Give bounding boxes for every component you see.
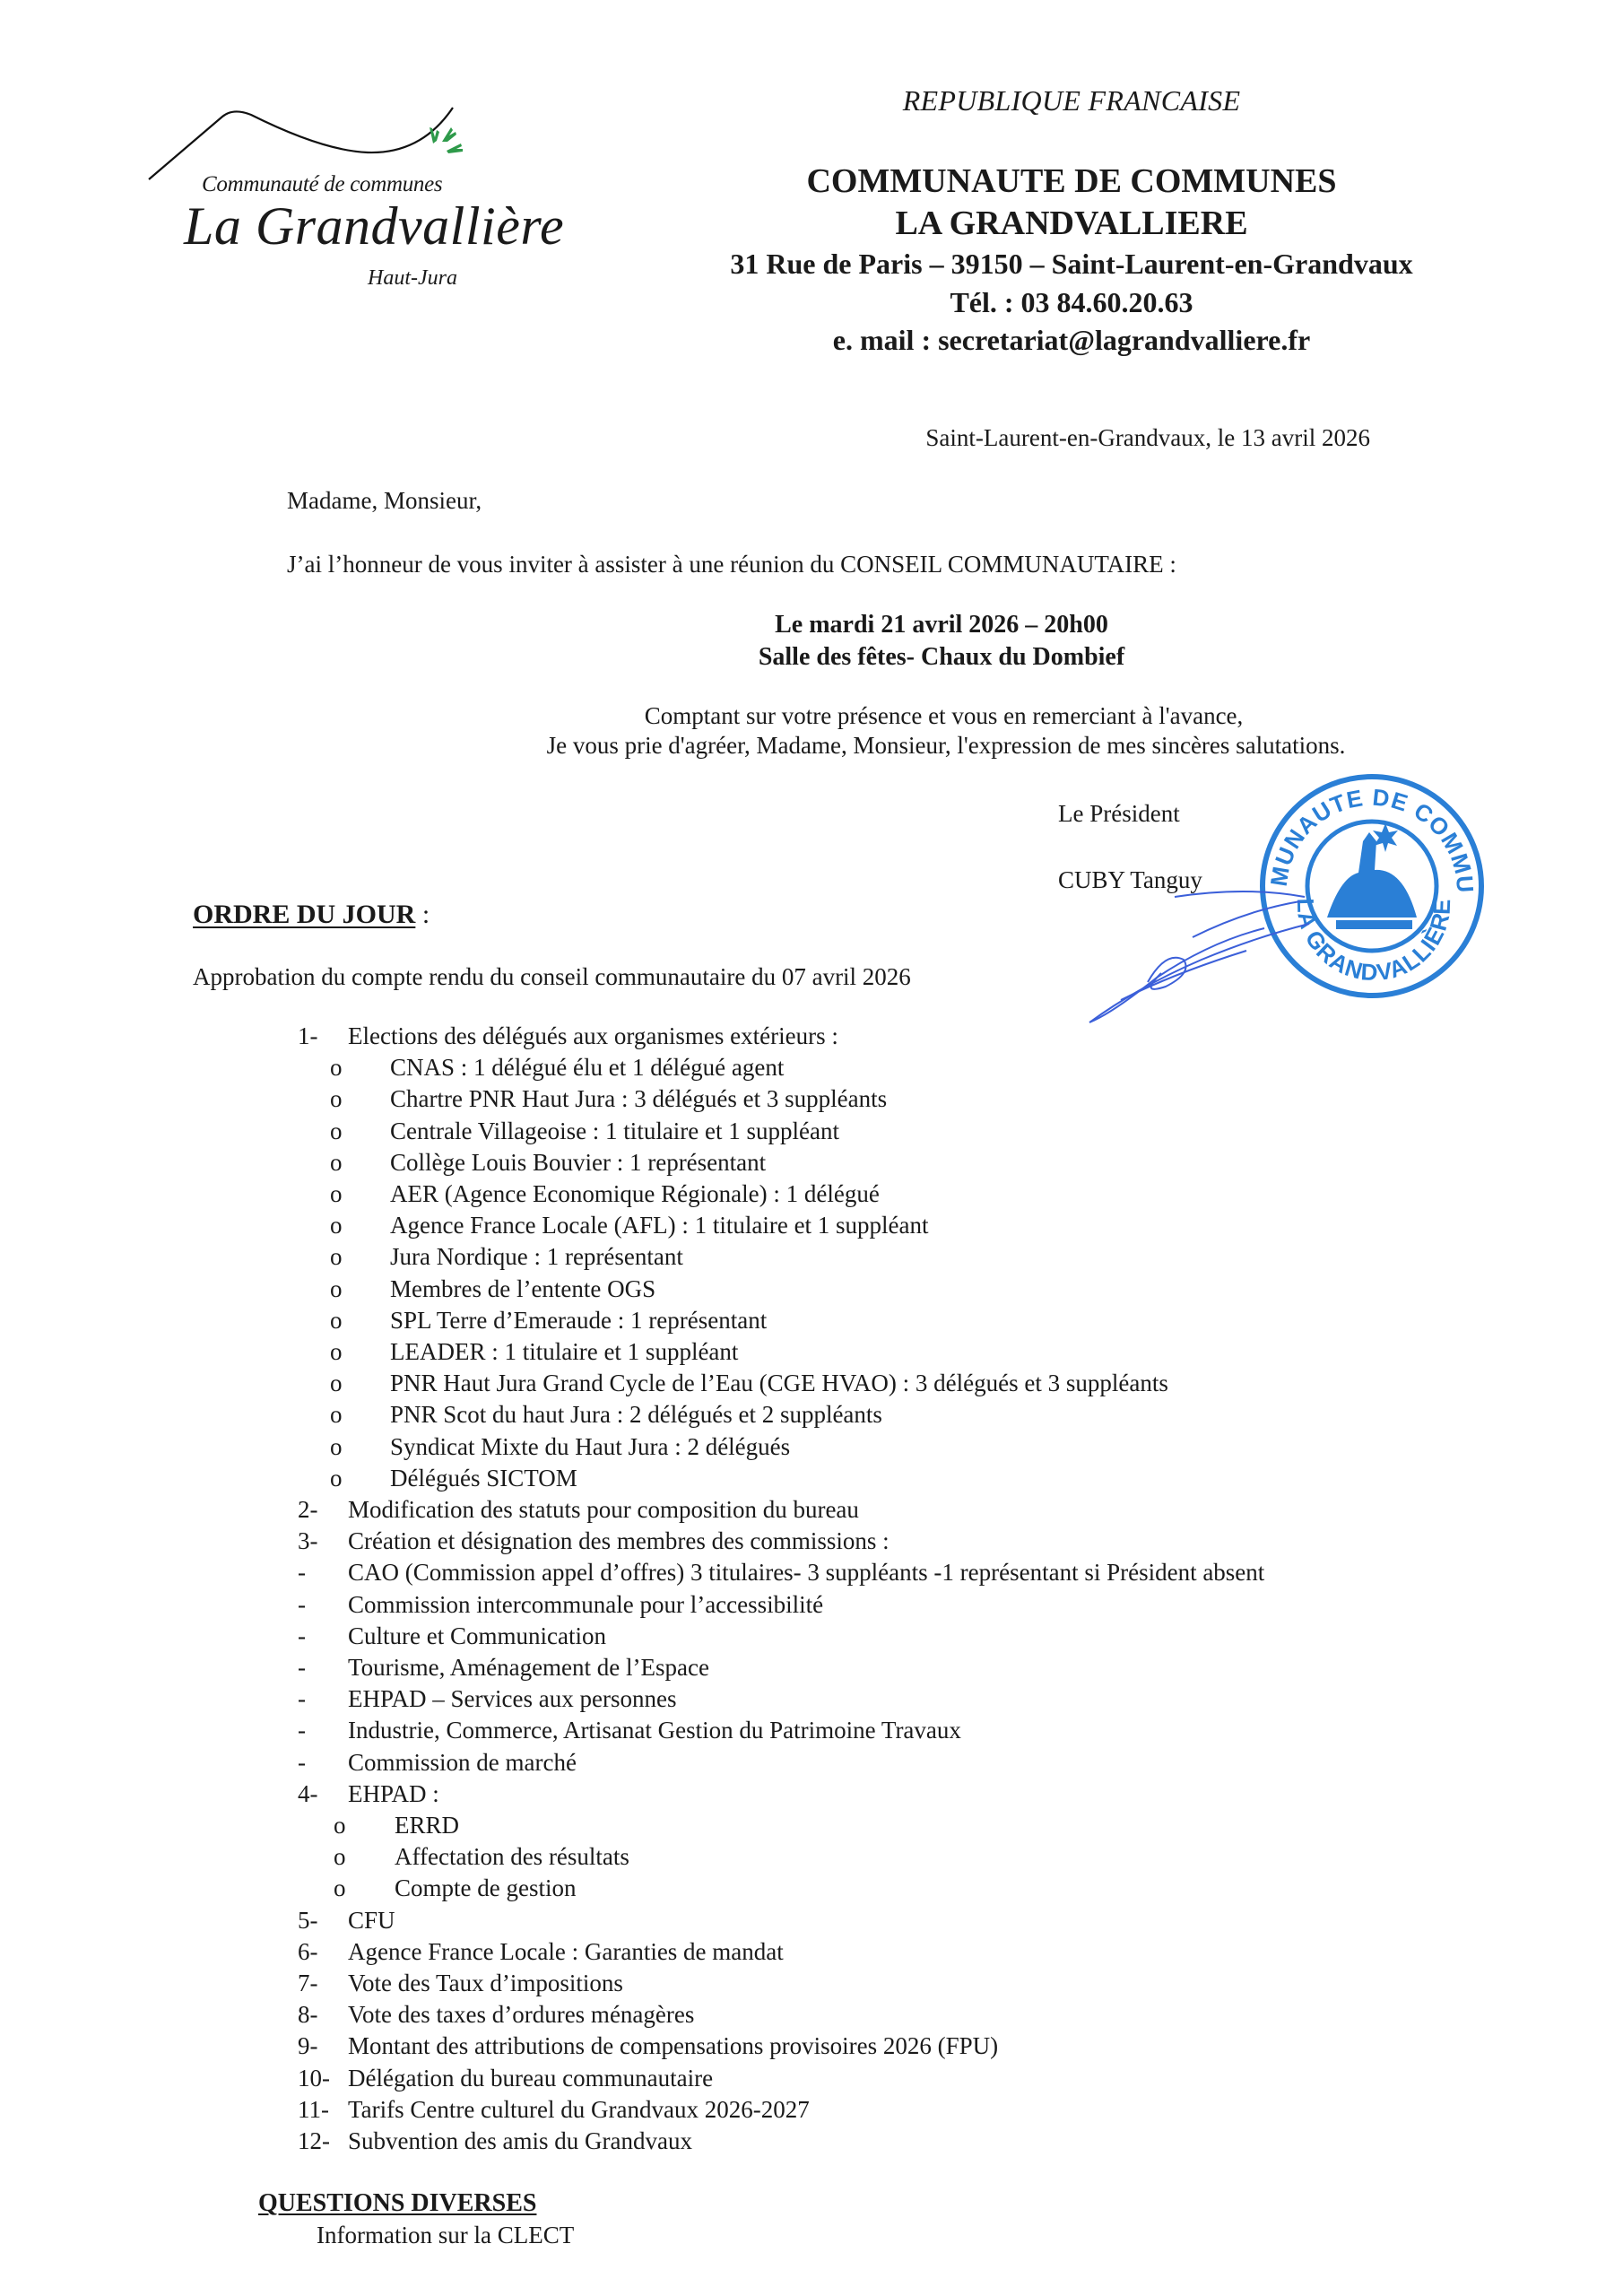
agenda-item-label: Modification des statuts pour compositio… bbox=[348, 1496, 859, 1524]
agenda-item-label: PNR Haut Jura Grand Cycle de l’Eau (CGE … bbox=[390, 1370, 1168, 1397]
organization-address: 31 Rue de Paris – 39150 – Saint-Laurent-… bbox=[681, 248, 1462, 281]
agenda-item-marker: 9- bbox=[298, 2032, 318, 2060]
agenda-item-marker: - bbox=[298, 1591, 306, 1619]
agenda-item-label: ERRD bbox=[395, 1812, 459, 1839]
agenda-item-marker: 2- bbox=[298, 1496, 318, 1524]
agenda-item-marker: - bbox=[298, 1749, 306, 1777]
agenda-item-marker: - bbox=[298, 1622, 306, 1650]
logo-region: Haut-Jura bbox=[368, 266, 457, 291]
bullet-icon: o bbox=[334, 1874, 346, 1902]
closing-line-2: Je vous prie d'agréer, Madame, Monsieur,… bbox=[0, 732, 1623, 760]
agenda-title-text: ORDRE DU JOUR bbox=[193, 900, 415, 929]
agenda-item-label: SPL Terre d’Emeraude : 1 représentant bbox=[390, 1307, 767, 1335]
bullet-icon: o bbox=[330, 1085, 343, 1113]
organization-name-line1: COMMUNAUTE DE COMMUNES bbox=[681, 161, 1462, 201]
agenda-item-label: Membres de l’entente OGS bbox=[390, 1275, 655, 1303]
agenda-item-label: Centrale Villageoise : 1 titulaire et 1 … bbox=[390, 1118, 839, 1145]
agenda-item-label: Vote des taxes d’ordures ménagères bbox=[348, 2001, 694, 2029]
agenda-item-marker: - bbox=[298, 1717, 306, 1744]
bullet-icon: o bbox=[334, 1843, 346, 1871]
questions-title: QUESTIONS DIVERSES bbox=[258, 2189, 536, 2218]
agenda-item-label: Montant des attributions de compensation… bbox=[348, 2032, 998, 2060]
bullet-icon: o bbox=[330, 1180, 343, 1208]
agenda-item-marker: 3- bbox=[298, 1527, 318, 1555]
bullet-icon: o bbox=[330, 1307, 343, 1335]
logo-subtitle: Communauté de communes bbox=[202, 172, 442, 197]
agenda-item-marker: 11- bbox=[298, 2096, 329, 2124]
agenda-item-marker: 4- bbox=[298, 1780, 318, 1808]
agenda-item-marker: 1- bbox=[298, 1022, 318, 1050]
agenda-item-label: CNAS : 1 délégué élu et 1 délégué agent bbox=[390, 1054, 784, 1082]
agenda-item-label: Subvention des amis du Grandvaux bbox=[348, 2127, 692, 2155]
bullet-icon: o bbox=[334, 1812, 346, 1839]
agenda-item-marker: - bbox=[298, 1559, 306, 1587]
republic-heading: REPUBLIQUE FRANCAISE bbox=[681, 84, 1462, 117]
organization-phone: Tél. : 03 84.60.20.63 bbox=[681, 286, 1462, 319]
bullet-icon: o bbox=[330, 1401, 343, 1429]
agenda-item-label: Création et désignation des membres des … bbox=[348, 1527, 890, 1555]
agenda-item-label: Tarifs Centre culturel du Grandvaux 2026… bbox=[348, 2096, 810, 2124]
closing-line-1: Comptant sur votre présence et vous en r… bbox=[0, 702, 1623, 730]
agenda-item-label: Collège Louis Bouvier : 1 représentant bbox=[390, 1149, 766, 1177]
bullet-icon: o bbox=[330, 1149, 343, 1177]
salutation: Madame, Monsieur, bbox=[287, 487, 482, 515]
agenda-item-label: Industrie, Commerce, Artisanat Gestion d… bbox=[348, 1717, 961, 1744]
agenda-item-marker: 7- bbox=[298, 1970, 318, 1997]
bullet-icon: o bbox=[330, 1465, 343, 1492]
bullet-icon: o bbox=[330, 1433, 343, 1461]
meeting-place: Salle des fêtes- Chaux du Dombief bbox=[0, 643, 1623, 672]
agenda-item-label: Délégués SICTOM bbox=[390, 1465, 577, 1492]
agenda-item-label: LEADER : 1 titulaire et 1 suppléant bbox=[390, 1338, 738, 1366]
agenda-item-label: Syndicat Mixte du Haut Jura : 2 délégués bbox=[390, 1433, 790, 1461]
agenda-item-label: Commission de marché bbox=[348, 1749, 577, 1777]
agenda-item-label: Agence France Locale (AFL) : 1 titulaire… bbox=[390, 1212, 929, 1239]
questions-item: Information sur la CLECT bbox=[317, 2222, 574, 2249]
invitation-text: J’ai l’honneur de vous inviter à assiste… bbox=[287, 551, 1176, 578]
agenda-item-marker: 10- bbox=[298, 2065, 330, 2092]
agenda-item-marker: 8- bbox=[298, 2001, 318, 2029]
bullet-icon: o bbox=[330, 1338, 343, 1366]
meeting-date: Le mardi 21 avril 2026 – 20h00 bbox=[0, 611, 1623, 639]
bullet-icon: o bbox=[330, 1370, 343, 1397]
agenda-item-label: Vote des Taux d’impositions bbox=[348, 1970, 623, 1997]
agenda-item-label: EHPAD : bbox=[348, 1780, 439, 1808]
organization-logo: Communauté de communes La Grandvallière … bbox=[143, 90, 574, 287]
agenda-item-label: Délégation du bureau communautaire bbox=[348, 2065, 713, 2092]
agenda-item-label: Jura Nordique : 1 représentant bbox=[390, 1243, 683, 1271]
agenda-item-label: EHPAD – Services aux personnes bbox=[348, 1685, 676, 1713]
signature-scribble-icon bbox=[1085, 888, 1318, 1040]
bullet-icon: o bbox=[330, 1275, 343, 1303]
agenda-item-label: Compte de gestion bbox=[395, 1874, 576, 1902]
bullet-icon: o bbox=[330, 1212, 343, 1239]
logo-name: La Grandvallière bbox=[184, 196, 564, 257]
agenda-item-label: Agence France Locale : Garanties de mand… bbox=[348, 1938, 784, 1966]
organization-name-line2: LA GRANDVALLIERE bbox=[681, 204, 1462, 243]
bullet-icon: o bbox=[330, 1243, 343, 1271]
agenda-item-label: CFU bbox=[348, 1907, 395, 1935]
bullet-icon: o bbox=[330, 1054, 343, 1082]
agenda-item-label: Elections des délégués aux organismes ex… bbox=[348, 1022, 838, 1050]
agenda-title-suffix: : bbox=[415, 900, 430, 929]
agenda-item-marker: - bbox=[298, 1685, 306, 1713]
agenda-item-label: PNR Scot du haut Jura : 2 délégués et 2 … bbox=[390, 1401, 882, 1429]
handwritten-signature bbox=[1085, 888, 1318, 1040]
agenda-item-label: Tourisme, Aménagement de l’Espace bbox=[348, 1654, 709, 1682]
agenda-item-label: Affectation des résultats bbox=[395, 1843, 629, 1871]
agenda-item-label: CAO (Commission appel d’offres) 3 titula… bbox=[348, 1559, 1264, 1587]
agenda-approval-item: Approbation du compte rendu du conseil c… bbox=[193, 963, 911, 991]
agenda-item-label: AER (Agence Economique Régionale) : 1 dé… bbox=[390, 1180, 880, 1208]
agenda-item-marker: 6- bbox=[298, 1938, 318, 1966]
agenda-item-label: Commission intercommunale pour l’accessi… bbox=[348, 1591, 823, 1619]
organization-email[interactable]: e. mail : secretariat@lagrandvalliere.fr bbox=[681, 324, 1462, 357]
agenda-item-marker: - bbox=[298, 1654, 306, 1682]
agenda-title: ORDRE DU JOUR : bbox=[193, 900, 430, 930]
letter-date: Saint-Laurent-en-Grandvaux, le 13 avril … bbox=[925, 424, 1370, 452]
agenda-item-label: Culture et Communication bbox=[348, 1622, 606, 1650]
signatory-title: Le Président bbox=[1058, 800, 1180, 828]
agenda-item-marker: 5- bbox=[298, 1907, 318, 1935]
agenda-item-marker: 12- bbox=[298, 2127, 330, 2155]
bullet-icon: o bbox=[330, 1118, 343, 1145]
agenda-item-label: Chartre PNR Haut Jura : 3 délégués et 3 … bbox=[390, 1085, 887, 1113]
